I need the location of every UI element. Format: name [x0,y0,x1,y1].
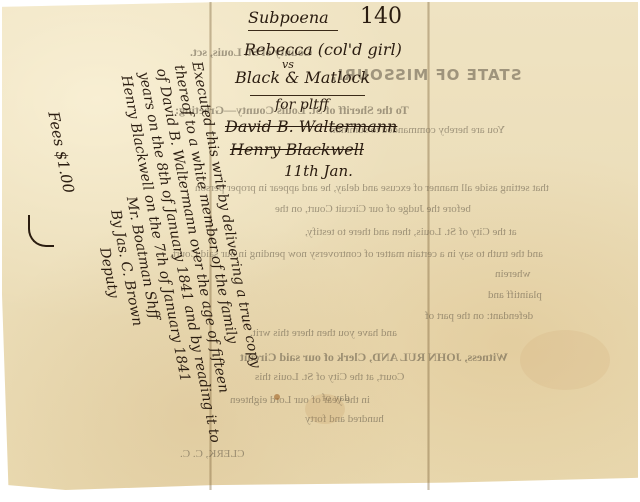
print-body-3: at the City of St. Louis, then and there… [305,226,517,238]
docket-plaintiff: Rebecca (col'd girl) [244,40,402,59]
document-page: County of St. Louis, sct. STATE OF MISSO… [0,0,640,502]
docket-title: Subpoena [248,8,329,27]
docket-witness-1: David B. Waltermann [225,117,397,136]
docket-title-underline [248,30,338,31]
docket-rule [250,95,365,96]
water-stain [305,394,345,424]
print-body-6: plaintiff and [488,289,542,301]
foxing-stain [520,330,610,390]
print-body-2: before the Judge of our Circuit Court, o… [275,203,471,215]
print-body-7: defendant: on the part of [425,310,533,322]
print-clerk: CLERK, C. C. [180,448,244,460]
docket-number: 140 [360,4,402,29]
docket-defendant: Black & Matlock [235,68,370,87]
ink-stain [274,394,280,400]
docket-witness-2: Henry Blackwell [230,140,364,159]
print-court: Court, at the City of St. Louis this [255,371,404,383]
print-body-8: and have you then there this writ. [250,327,397,339]
docket-term: 11th Jan. [284,162,353,180]
print-witness: Witness, JOHN RUL AND, Clerk of our said… [240,350,508,365]
print-body-5: wherein [495,268,530,280]
page-bottom-margin [0,490,640,502]
print-body-1: that setting aside all manner of excuse … [195,182,549,194]
docket-for-party: for pltff [275,97,329,113]
